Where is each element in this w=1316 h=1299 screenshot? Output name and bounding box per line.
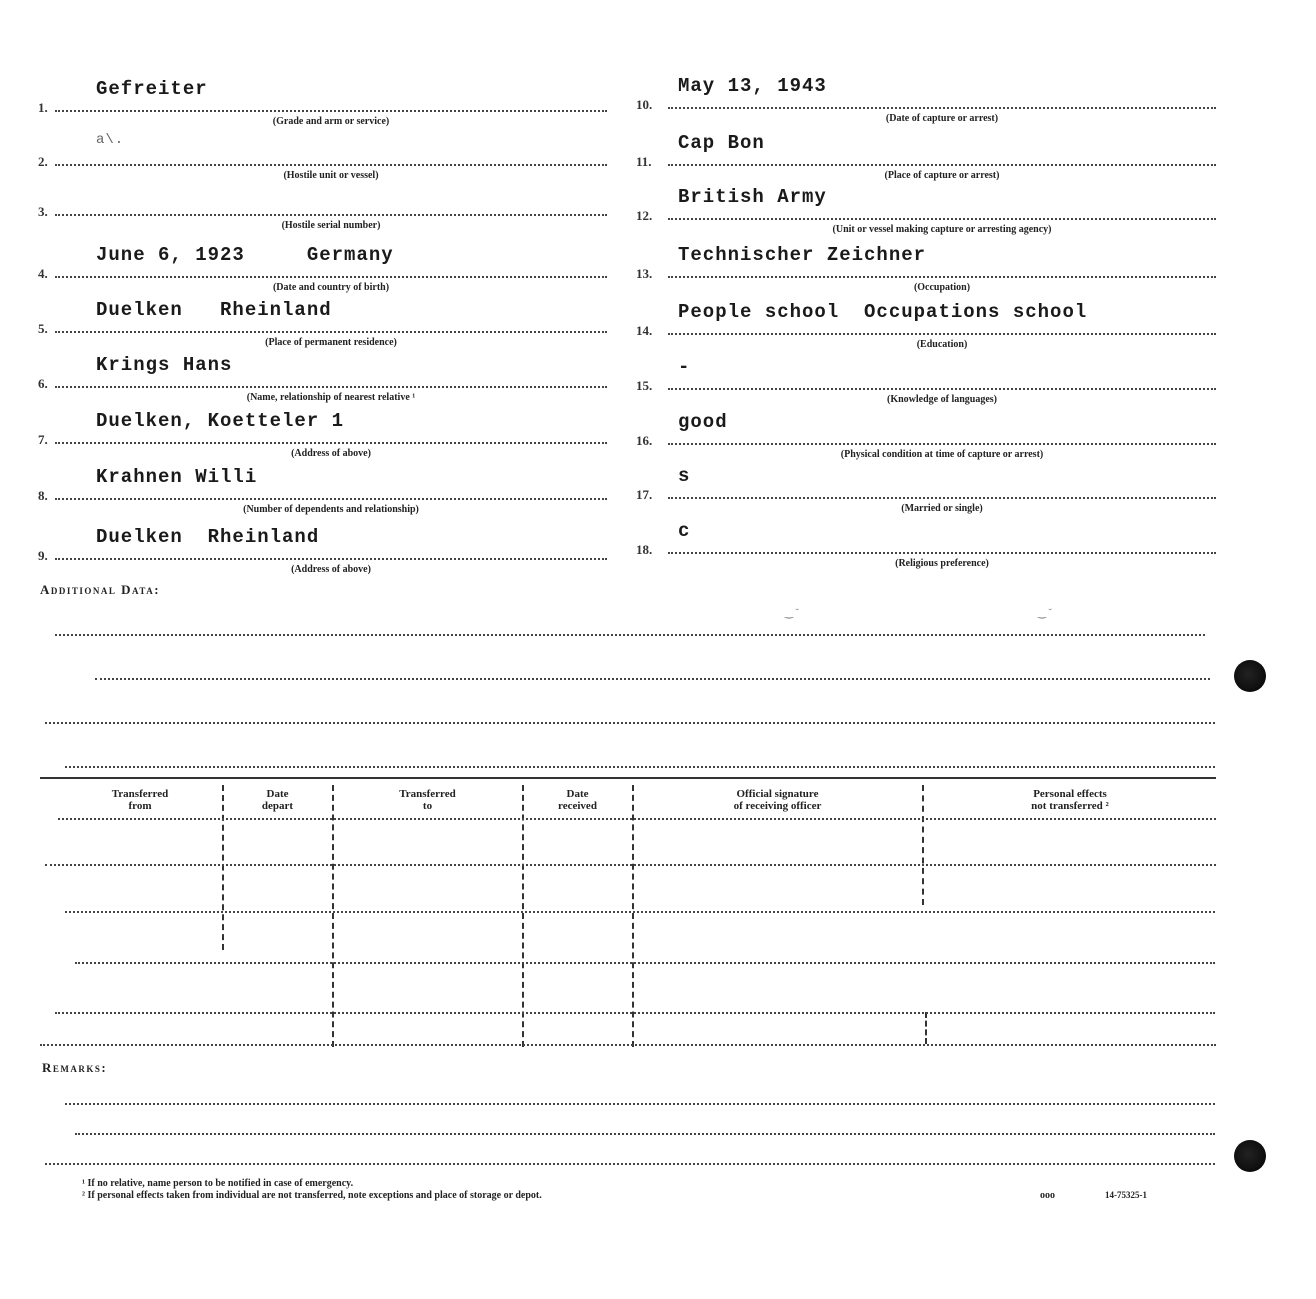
field-line <box>668 107 1216 109</box>
header-date-depart: Date depart <box>225 788 330 812</box>
field-number: 17. <box>636 487 652 503</box>
additional-data-line-1 <box>55 634 1205 636</box>
field-caption-education: (Education) <box>668 339 1216 350</box>
header-text: Official signature of receiving officer <box>734 788 822 812</box>
table-row-rule <box>75 962 1215 964</box>
table-header-rule <box>58 818 1216 820</box>
header-text: Date depart <box>262 788 293 812</box>
table-cell <box>60 966 220 1010</box>
header-text: Transferred to <box>399 788 455 812</box>
table-cell <box>60 915 220 959</box>
table-row-rule <box>65 911 1215 913</box>
field-value-capture-date: May 13, 1943 <box>678 75 827 97</box>
additional-data-label: Additional Data: <box>40 582 160 598</box>
additional-data-line-3 <box>45 722 1215 724</box>
additional-data-line-2 <box>95 678 1210 680</box>
remarks-line-3 <box>45 1163 1215 1165</box>
field-capture-date: 10. May 13, 1943 (Date of capture or arr… <box>0 75 1316 131</box>
field-value-capturing-unit: British Army <box>678 186 827 208</box>
prisoner-record-form: 1. Gefreiter (Grade and arm or service) … <box>0 0 1316 1299</box>
field-caption-physical-condition: (Physical condition at time of capture o… <box>668 449 1216 460</box>
column-divider <box>632 785 634 1047</box>
table-row-rule <box>55 1012 1215 1014</box>
field-number: 10. <box>636 97 652 113</box>
field-line <box>668 164 1216 166</box>
column-divider <box>522 785 524 1047</box>
table-top-rule <box>40 777 1216 779</box>
field-number: 13. <box>636 266 652 282</box>
footnote-1: ¹ If no relative, name person to be noti… <box>82 1178 353 1189</box>
field-caption-religion: (Religious preference) <box>668 558 1216 569</box>
remarks-label: Remarks: <box>42 1060 107 1076</box>
table-cell <box>60 868 220 908</box>
field-religion: 18. c (Religious preference) <box>0 520 1316 576</box>
field-education: 14. People school Occupations school (Ed… <box>0 301 1316 357</box>
header-date-received: Date received <box>525 788 630 812</box>
field-line <box>668 388 1216 390</box>
field-value-occupation: Technischer Zeichner <box>678 244 926 266</box>
field-number: 12. <box>636 208 652 224</box>
field-caption-capture-place: (Place of capture or arrest) <box>668 170 1216 181</box>
field-caption-capturing-unit: (Unit or vessel making capture or arrest… <box>668 224 1216 235</box>
remarks-line-2 <box>75 1133 1215 1135</box>
field-value-capture-place: Cap Bon <box>678 132 765 154</box>
field-capturing-unit: 12. British Army (Unit or vessel making … <box>0 186 1316 242</box>
faint-mark: ‿ ˘ <box>1038 608 1052 619</box>
field-value-languages: - <box>678 356 690 378</box>
field-line <box>668 333 1216 335</box>
field-occupation: 13. Technischer Zeichner (Occupation) <box>0 244 1316 300</box>
field-line <box>668 276 1216 278</box>
remarks-line-1 <box>65 1103 1215 1105</box>
column-divider <box>925 1012 927 1044</box>
column-divider <box>922 785 924 905</box>
form-code-right: 14-75325-1 <box>1105 1190 1147 1200</box>
field-caption-capture-date: (Date of capture or arrest) <box>668 113 1216 124</box>
field-capture-place: 11. Cap Bon (Place of capture or arrest) <box>0 132 1316 188</box>
field-caption-occupation: (Occupation) <box>668 282 1216 293</box>
header-transferred-from: Transferred from <box>60 788 220 812</box>
field-value-marital-status: s <box>678 465 690 487</box>
field-value-physical-condition: good <box>678 411 728 433</box>
field-number: 15. <box>636 378 652 394</box>
header-text: Date received <box>558 788 597 812</box>
column-divider <box>332 785 334 1047</box>
field-caption-marital-status: (Married or single) <box>668 503 1216 514</box>
table-cell <box>60 822 220 862</box>
field-line <box>668 443 1216 445</box>
ink-stamp-mark <box>1234 660 1266 692</box>
field-physical-condition: 16. good (Physical condition at time of … <box>0 411 1316 467</box>
field-line <box>668 552 1216 554</box>
ink-stamp-mark <box>1234 1140 1266 1172</box>
field-number: 11. <box>636 154 652 170</box>
header-text: Personal effects not transferred ² <box>1031 788 1109 812</box>
field-languages: 15. - (Knowledge of languages) <box>0 356 1316 412</box>
field-value-religion: c <box>678 520 690 542</box>
field-caption-languages: (Knowledge of languages) <box>668 394 1216 405</box>
field-line <box>668 218 1216 220</box>
header-personal-effects: Personal effects not transferred ² <box>925 788 1215 812</box>
field-number: 14. <box>636 323 652 339</box>
field-line <box>668 497 1216 499</box>
field-marital-status: 17. s (Married or single) <box>0 465 1316 521</box>
additional-data-line-4 <box>65 766 1215 768</box>
field-number: 18. <box>636 542 652 558</box>
footnote-2: ² If personal effects taken from individ… <box>82 1190 542 1201</box>
field-number: 16. <box>636 433 652 449</box>
header-transferred-to: Transferred to <box>335 788 520 812</box>
header-official-signature: Official signature of receiving officer <box>635 788 920 812</box>
field-value-education: People school Occupations school <box>678 301 1087 323</box>
table-bottom-rule <box>40 1044 1216 1046</box>
column-divider <box>222 785 224 950</box>
faint-mark: ‿ ˘ <box>785 608 799 619</box>
form-code-left: ooo <box>1040 1190 1055 1201</box>
table-row-rule <box>45 864 1216 866</box>
header-text: Transferred from <box>112 788 168 812</box>
